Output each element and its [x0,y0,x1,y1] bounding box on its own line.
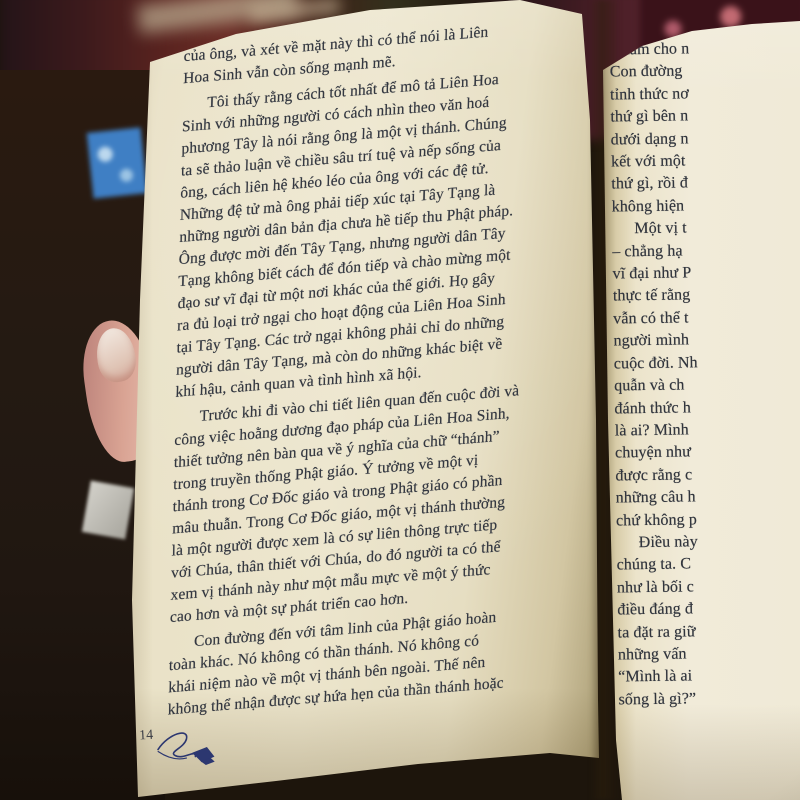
text-line: – chẳng hạ [612,238,800,263]
text-line: vẫn có thể t [613,305,800,330]
text-line: là ai? Mình [615,417,800,442]
text-line: chúng ta. C [617,552,800,577]
paragraph: Tôi thấy rằng cách tốt nhất để mô tả Liê… [175,63,573,404]
text-line: dưới dạng n [611,126,800,151]
text-line: cuộc đời. Nh [614,350,800,375]
text-line: quẫn và ch [614,373,800,398]
text-line: tỉnh thức nơ [610,81,800,106]
text-line: thực tế rằng [613,283,800,308]
bookmark-strip [82,481,134,540]
ink-doodle [155,722,235,774]
blue-book-spine [87,127,148,198]
text-line: vĩ đại như P [612,261,800,286]
right-book-page: là làm cho nCon đườngtỉnh thức nơthứ gì … [600,0,800,800]
text-line: thứ gì bên n [610,104,800,129]
text-line: đánh thức h [614,395,800,420]
text-line: ta đặt ra giữ [617,619,800,644]
text-line: Một vị t [612,216,800,241]
text-line: như là bối c [617,574,800,599]
text-line: được rằng c [615,462,800,487]
text-line: thứ gì, rồi đ [611,171,800,196]
left-page-text: của ông, và xét về mặt này thì có thể nó… [167,15,574,722]
text-line: chứ không p [616,507,800,532]
page-number: 14 [139,728,154,745]
text-line: Điều này [616,529,800,554]
text-line: những vấn [618,641,800,666]
page-footer: 14 [139,724,235,775]
text-line: những câu h [616,485,800,510]
text-line: Con đường [610,59,800,84]
book-photo: của ông, và xét về mặt này thì có thể nó… [0,0,800,800]
text-line: “Mình là ai [618,664,800,689]
text-line: người mình [613,328,800,353]
text-line: kết với một [611,149,800,174]
left-book-page: của ông, và xét về mặt này thì có thể nó… [118,0,618,800]
text-line: sống là gì?” [618,686,800,711]
text-line: điều đáng đ [617,597,800,622]
right-page-text: là làm cho nCon đườngtỉnh thức nơthứ gì … [609,37,800,712]
text-line: chuyện như [615,440,800,465]
fingernail [93,326,138,385]
text-line: không hiện [612,193,800,218]
paragraph: Trước khi đi vào chi tiết liên quan đến … [170,376,566,629]
